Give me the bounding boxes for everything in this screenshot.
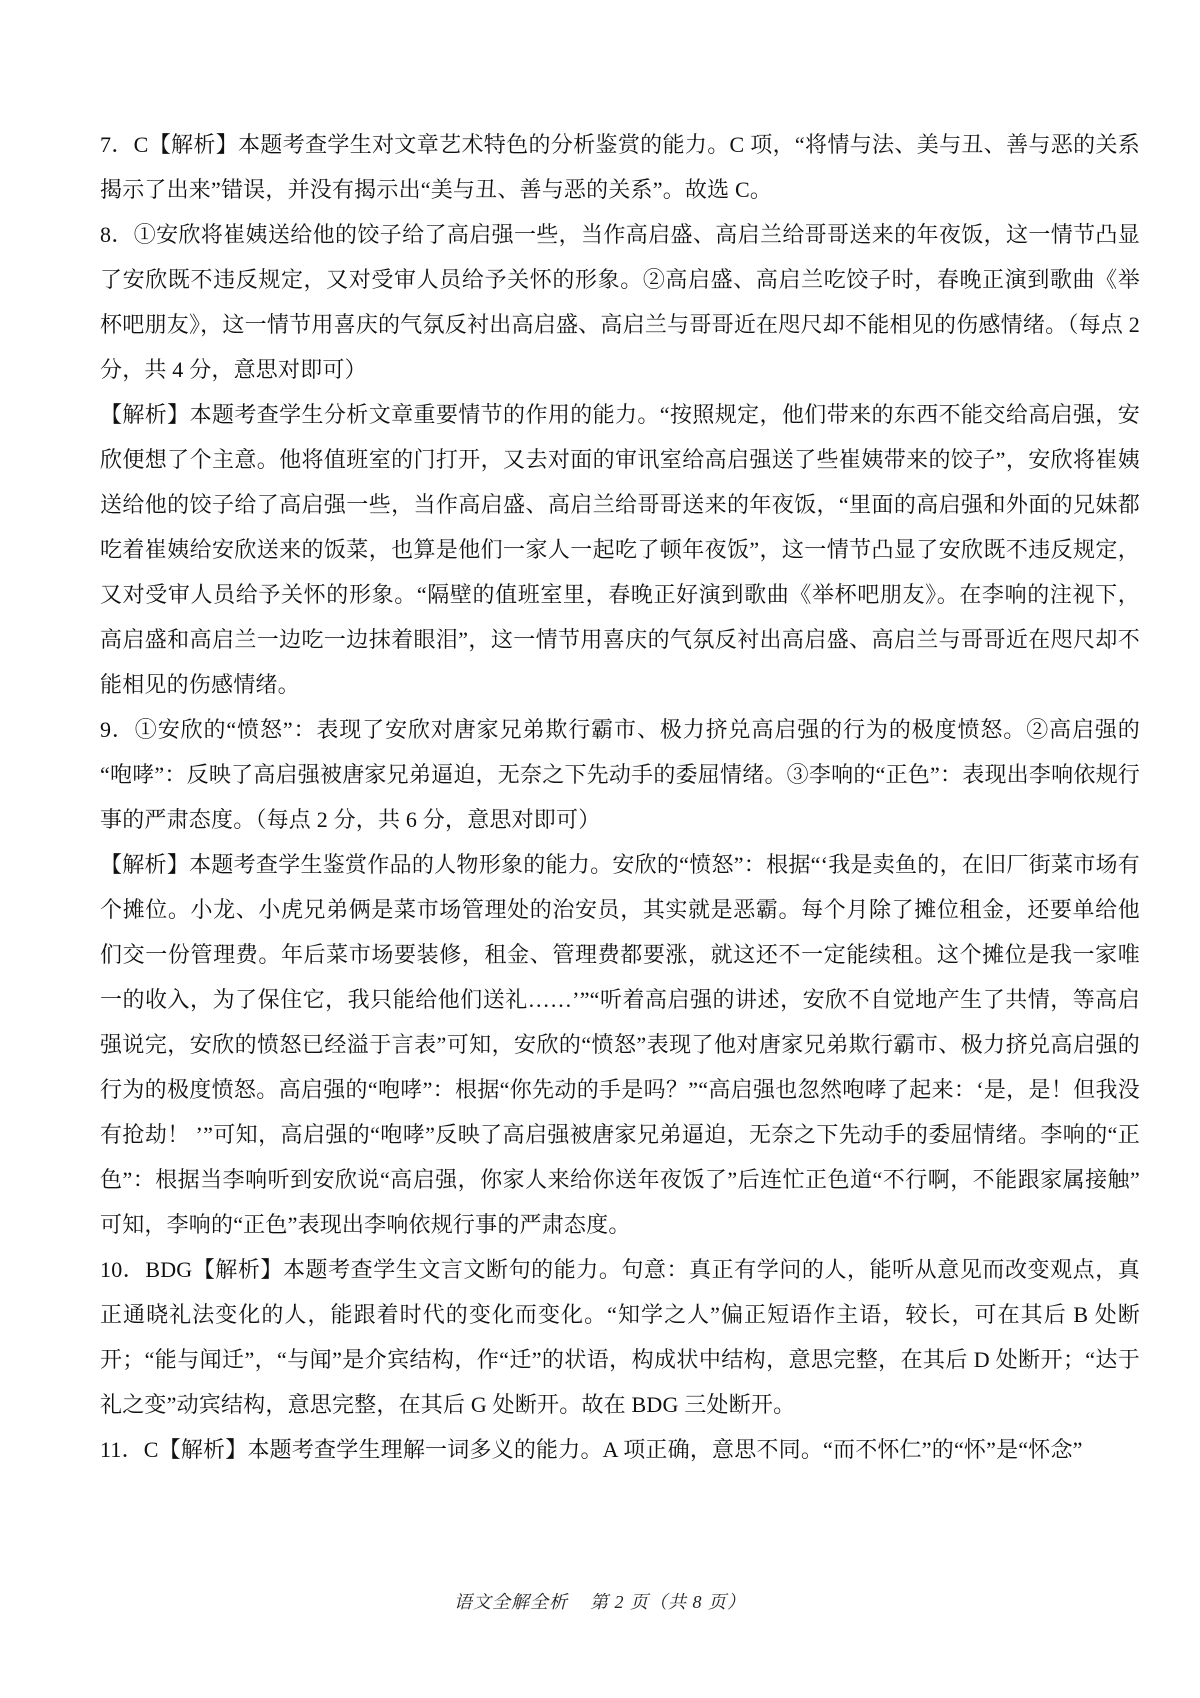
paragraph-q8-answer: 8．①安欣将崔姨送给他的饺子给了高启强一些，当作高启盛、高启兰给哥哥送来的年夜饭…: [100, 212, 1140, 392]
answer-key-content: 7．C【解析】本题考查学生对文章艺术特色的分析鉴赏的能力。C 项，“将情与法、美…: [100, 122, 1140, 1472]
paragraph-q9-analysis: 【解析】本题考查学生鉴赏作品的人物形象的能力。安欣的“愤怒”：根据“‘我是卖鱼的…: [100, 842, 1140, 1247]
page-footer: 语文全解全析第 2 页（共 8 页）: [0, 1588, 1200, 1614]
paragraph-q11-answer: 11．C【解析】本题考查学生理解一词多义的能力。A 项正确，意思不同。“而不怀仁…: [100, 1427, 1140, 1472]
footer-doc-title: 语文全解全析: [454, 1592, 568, 1612]
document-page: 7．C【解析】本题考查学生对文章艺术特色的分析鉴赏的能力。C 项，“将情与法、美…: [0, 0, 1200, 1698]
footer-page-info: 第 2 页（共 8 页）: [590, 1592, 746, 1612]
paragraph-q10-answer: 10．BDG【解析】本题考查学生文言文断句的能力。句意：真正有学问的人，能听从意…: [100, 1247, 1140, 1427]
paragraph-q7-answer: 7．C【解析】本题考查学生对文章艺术特色的分析鉴赏的能力。C 项，“将情与法、美…: [100, 122, 1140, 212]
paragraph-q9-answer: 9．①安欣的“愤怒”：表现了安欣对唐家兄弟欺行霸市、极力挤兑高启强的行为的极度愤…: [100, 707, 1140, 842]
paragraph-q8-analysis: 【解析】本题考查学生分析文章重要情节的作用的能力。“按照规定，他们带来的东西不能…: [100, 392, 1140, 707]
